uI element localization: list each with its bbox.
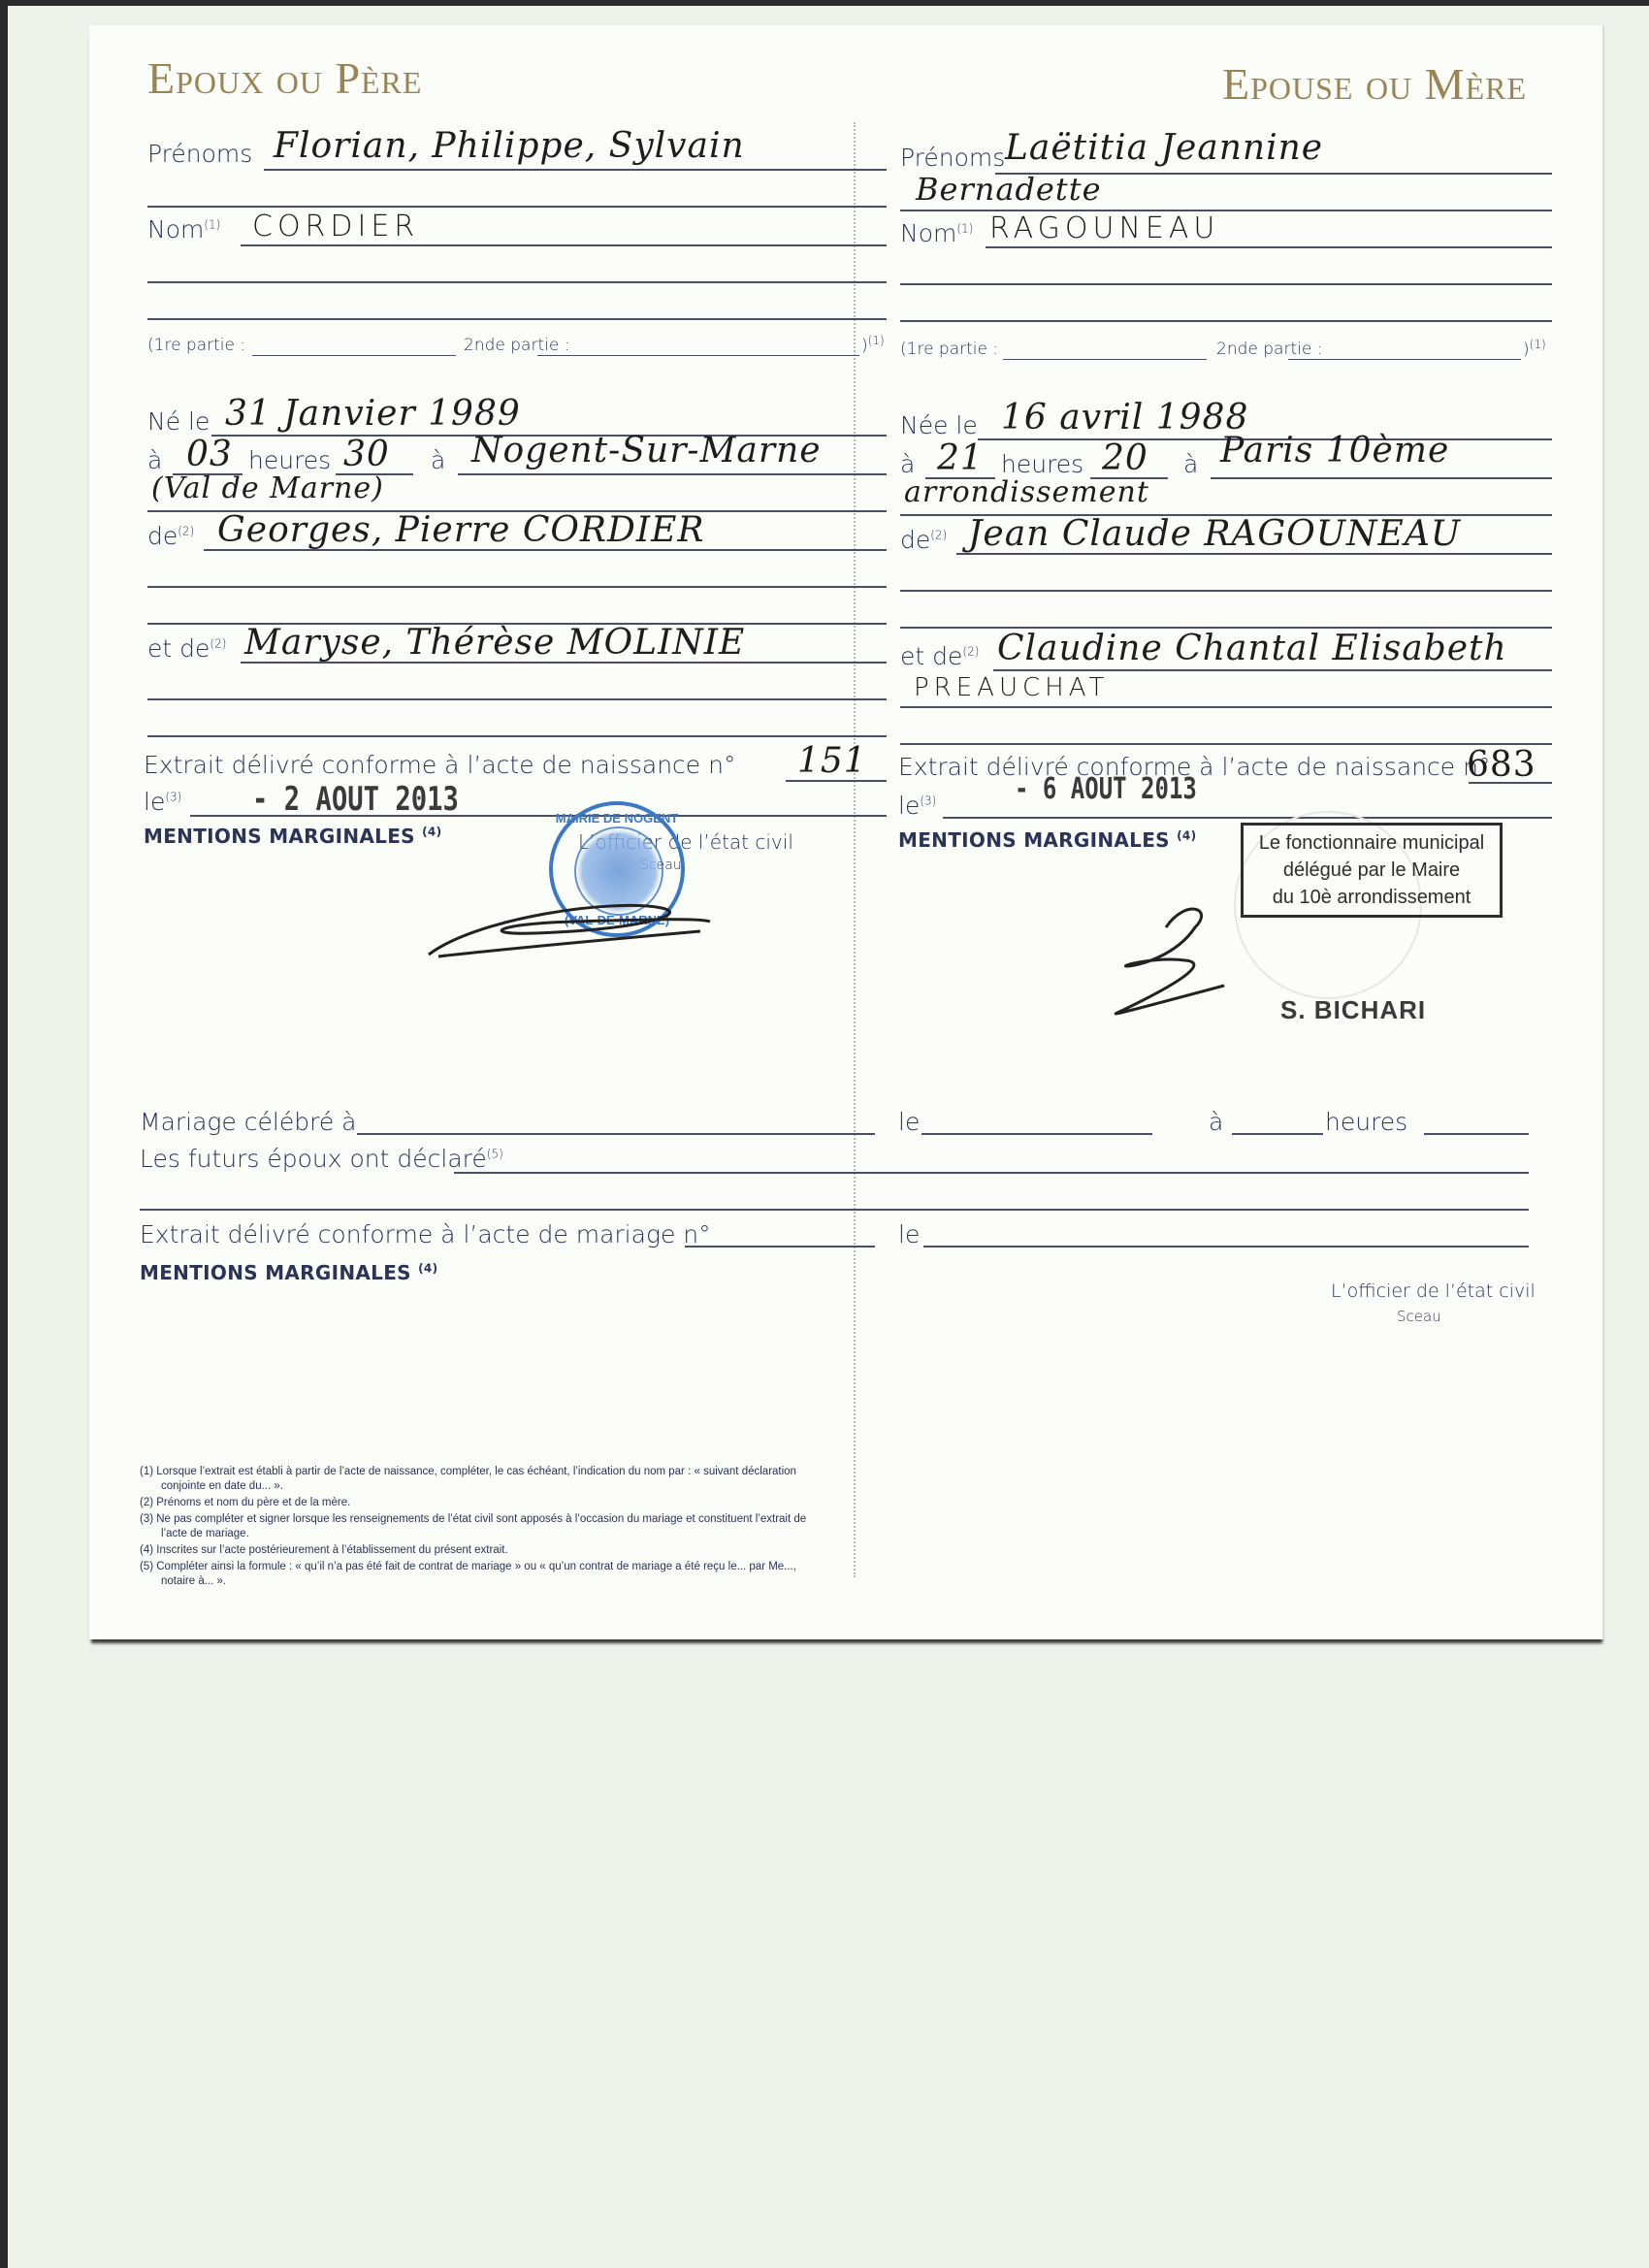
mariage-heures-label: heures: [1325, 1108, 1407, 1136]
right-partie1-line: [1003, 359, 1207, 360]
delegate-stamp: Le fonctionnaire municipal délégué par l…: [1241, 823, 1503, 918]
le-note: (3): [920, 794, 936, 808]
nom-note: (1): [956, 222, 973, 236]
seal-text-top: MAIRIE DE NOGENT: [553, 811, 681, 826]
left-partie1-line: [252, 355, 456, 356]
right-line: [900, 590, 1552, 592]
right-a-label: à: [900, 450, 915, 478]
right-partie2-label: 2nde partie :: [1216, 340, 1322, 359]
left-prenoms-label: Prénoms: [147, 140, 252, 168]
right-acte-numero: 683: [1467, 745, 1536, 785]
right-et-de-label: et de(2): [900, 642, 979, 670]
left-prenoms-line: [264, 169, 887, 171]
left-lieu-label: à: [431, 446, 445, 474]
declare-label-text: Les futurs époux ont déclaré: [140, 1145, 487, 1173]
partie-close: ): [1523, 340, 1530, 360]
stamp-line: du 10è arrondissement: [1244, 884, 1500, 911]
mariage-minutes-line: [1424, 1133, 1529, 1135]
left-line: [147, 281, 887, 283]
mentions-note: (4): [422, 825, 441, 838]
nom-label-text: Nom: [900, 219, 956, 247]
right-lieu-label: à: [1183, 450, 1198, 478]
left-signature: [419, 879, 720, 966]
left-heures-label: heures: [248, 446, 331, 474]
right-mother-value: Claudine Chantal Elisabeth: [997, 629, 1507, 668]
right-le-label: le(3): [898, 792, 936, 820]
right-title: Epouse ou Mère: [1222, 58, 1527, 110]
mariage-sceau-label: Sceau: [1397, 1308, 1441, 1325]
scanner-border-top: [0, 0, 1649, 6]
right-lieu-line: [1211, 477, 1552, 479]
stamp-line: délégué par le Maire: [1244, 857, 1500, 884]
footnote-1: (1) Lorsque l’extrait est établi à parti…: [140, 1465, 819, 1494]
left-a-label: à: [147, 446, 162, 474]
mariage-declare-line: [454, 1172, 1529, 1174]
left-et-de-label: et de(2): [147, 634, 226, 663]
de-note: (2): [178, 525, 194, 538]
left-birth-date: 31 Janvier 1989: [225, 394, 521, 434]
mariage-extrait-date-line: [923, 1246, 1529, 1247]
et-de-note: (2): [210, 637, 226, 651]
right-nom-value: RAGOUNEAU: [989, 211, 1219, 245]
left-partie2-line: [537, 355, 859, 356]
right-signature: [1098, 889, 1273, 1024]
right-birth-hour: 21: [937, 438, 984, 478]
et-de-label-text: et de: [147, 634, 210, 663]
declare-note: (5): [487, 1148, 503, 1161]
right-le-line: [943, 817, 1552, 819]
left-title: Epoux ou Père: [147, 52, 422, 104]
page-fold: [854, 122, 856, 1577]
de-note: (2): [930, 529, 947, 542]
left-nom-label: Nom(1): [147, 215, 220, 243]
mariage-lieu-line: [357, 1133, 875, 1135]
right-mother-value-2: PREAUCHAT: [914, 673, 1109, 702]
left-extrait-label: Extrait délivré conforme à l’acte de nai…: [144, 751, 735, 779]
mariage-declare-label: Les futurs époux ont déclaré(5): [140, 1145, 503, 1173]
left-prenoms-value: Florian, Philippe, Sylvain: [274, 126, 745, 166]
signatory-name: S. BICHARI: [1280, 995, 1426, 1025]
left-birth-place-2: (Val de Marne): [151, 471, 384, 505]
right-heures-label: heures: [1001, 450, 1083, 478]
mentions-note: (4): [418, 1261, 437, 1275]
left-line: [147, 698, 887, 700]
left-partie-close: )(1): [861, 334, 885, 356]
footnote-5: (5) Compléter ainsi la formule : « qu’il…: [140, 1560, 819, 1589]
right-birth-place: Paris 10ème: [1220, 431, 1449, 470]
right-nom-label: Nom(1): [900, 219, 973, 247]
right-nee-le-label: Née le: [900, 411, 978, 439]
mentions-label-text: MENTIONS MARGINALES: [898, 828, 1170, 852]
mariage-hour-line: [1232, 1133, 1323, 1135]
left-line: [147, 586, 887, 588]
right-prenoms-value-2: Bernadette: [916, 171, 1102, 208]
right-birth-minutes: 20: [1102, 438, 1148, 478]
right-mother-line: [993, 669, 1552, 671]
right-line: [900, 283, 1552, 285]
de-label-text: de: [900, 526, 930, 554]
right-birth-date: 16 avril 1988: [1001, 398, 1248, 437]
et-de-note: (2): [962, 645, 979, 659]
le-label-text: le: [144, 788, 165, 816]
partie-note: (1): [868, 334, 885, 347]
nom-note: (1): [204, 218, 220, 232]
mentions-note: (4): [1177, 828, 1196, 842]
stamp-line: Le fonctionnaire municipal: [1244, 829, 1500, 857]
left-acte-numero: 151: [797, 741, 867, 781]
le-label-text: le: [898, 792, 920, 820]
partie-note: (1): [1530, 338, 1546, 351]
right-partie-close: )(1): [1523, 338, 1546, 360]
right-partie1-label: (1re partie :: [900, 340, 998, 359]
mariage-le-label: le: [898, 1108, 920, 1136]
et-de-label-text: et de: [900, 642, 962, 670]
right-line: [900, 320, 1552, 322]
right-prenoms-label: Prénoms: [900, 144, 1005, 172]
mariage-line: [140, 1209, 1529, 1211]
mariage-extrait-le-label: le: [898, 1220, 920, 1248]
right-line: [900, 706, 1552, 708]
mentions-label-text: MENTIONS MARGINALES: [140, 1261, 411, 1284]
footnote-3: (3) Ne pas compléter et signer lorsque l…: [140, 1512, 819, 1541]
right-nom-line: [986, 246, 1552, 248]
left-birth-hour: 03: [186, 435, 233, 474]
mariage-mentions-label: MENTIONS MARGINALES (4): [140, 1261, 437, 1284]
mariage-celebre-label: Mariage célébré à: [140, 1108, 356, 1136]
right-prenoms-value: Laëtitia Jeannine: [1005, 128, 1323, 168]
mariage-extrait-label: Extrait délivré conforme à l’acte de mar…: [140, 1220, 711, 1248]
right-father-value: Jean Claude RAGOUNEAU: [968, 514, 1461, 554]
left-partie2-label: 2nde partie :: [464, 336, 569, 355]
right-line: [900, 743, 1552, 745]
left-birth-minutes: 30: [343, 435, 390, 474]
left-birth-place: Nogent-Sur-Marne: [471, 431, 822, 470]
left-line: [147, 735, 887, 737]
right-mentions-label: MENTIONS MARGINALES (4): [898, 828, 1196, 852]
footnotes: (1) Lorsque l’extrait est établi à parti…: [140, 1465, 819, 1591]
left-lieu-line: [458, 473, 887, 475]
mariage-officier-label: L’officier de l’état civil: [1331, 1280, 1536, 1302]
right-partie2-line: [1288, 359, 1521, 360]
left-mother-value: Maryse, Thérèse MOLINIE: [244, 623, 745, 663]
left-date-stamp: - 2 AOUT 2013: [252, 780, 459, 819]
livret-page: Epoux ou Père Prénoms Florian, Philippe,…: [89, 25, 1604, 1639]
mentions-label-text: MENTIONS MARGINALES: [144, 825, 415, 848]
right-date-stamp: - 6 AOUT 2013: [1015, 772, 1197, 806]
left-line: [147, 206, 887, 208]
left-nom-value: CORDIER: [252, 210, 419, 243]
left-mentions-label: MENTIONS MARGINALES (4): [144, 825, 441, 848]
left-de-label: de(2): [147, 522, 194, 550]
partie-close: ): [861, 337, 868, 356]
footnote-4: (4) Inscrites sur l’acte postérieurement…: [140, 1543, 819, 1558]
left-partie1-label: (1re partie :: [147, 336, 245, 355]
left-nom-line: [241, 244, 887, 246]
nom-label-text: Nom: [147, 215, 204, 243]
right-de-label: de(2): [900, 526, 947, 554]
footnote-2: (2) Prénoms et nom du père et de la mère…: [140, 1496, 819, 1510]
mariage-a-label: à: [1209, 1108, 1223, 1136]
le-note: (3): [165, 791, 181, 804]
left-le-label: le(3): [144, 788, 181, 816]
left-line: [147, 318, 887, 320]
left-ne-le-label: Né le: [147, 407, 210, 436]
mariage-extrait-line: [685, 1246, 875, 1247]
de-label-text: de: [147, 522, 178, 550]
mariage-date-line: [921, 1133, 1152, 1135]
right-birth-place-2: arrondissement: [904, 475, 1149, 509]
scanner-border-left: [0, 0, 8, 2268]
left-father-value: Georges, Pierre CORDIER: [217, 510, 705, 550]
